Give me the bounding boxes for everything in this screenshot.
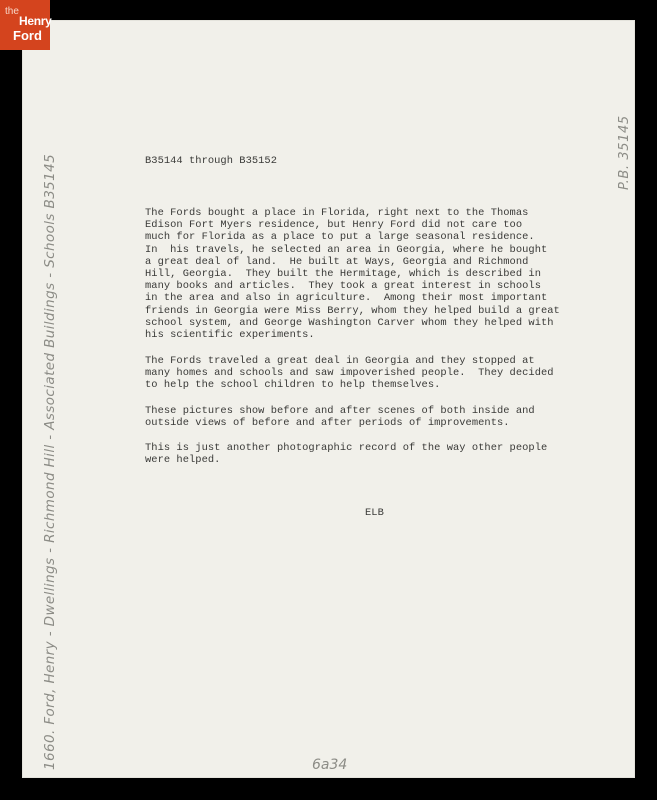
paragraph-florida-georgia: The Fords bought a place in Florida, rig…	[145, 207, 560, 341]
handwritten-right-margin-note: P.B. 35145	[617, 115, 632, 190]
handwritten-bottom-note: 6a34	[312, 757, 347, 773]
reference-range: B35144 through B35152	[145, 155, 277, 167]
author-initials: ELB	[365, 507, 384, 519]
logo-text-ford: Ford	[13, 29, 42, 42]
logo-text-the: the	[5, 7, 19, 17]
paragraph-pictures: These pictures show before and after sce…	[145, 405, 535, 429]
document-page	[22, 20, 635, 778]
paragraph-travels: The Fords traveled a great deal in Georg…	[145, 355, 554, 392]
handwritten-left-margin-note: 1660. Ford, Henry - Dwellings - Richmond…	[42, 154, 58, 770]
paragraph-record: This is just another photographic record…	[145, 442, 547, 466]
the-henry-ford-logo: the Henry Ford	[0, 0, 50, 50]
logo-text-henry: Henry	[19, 15, 52, 27]
